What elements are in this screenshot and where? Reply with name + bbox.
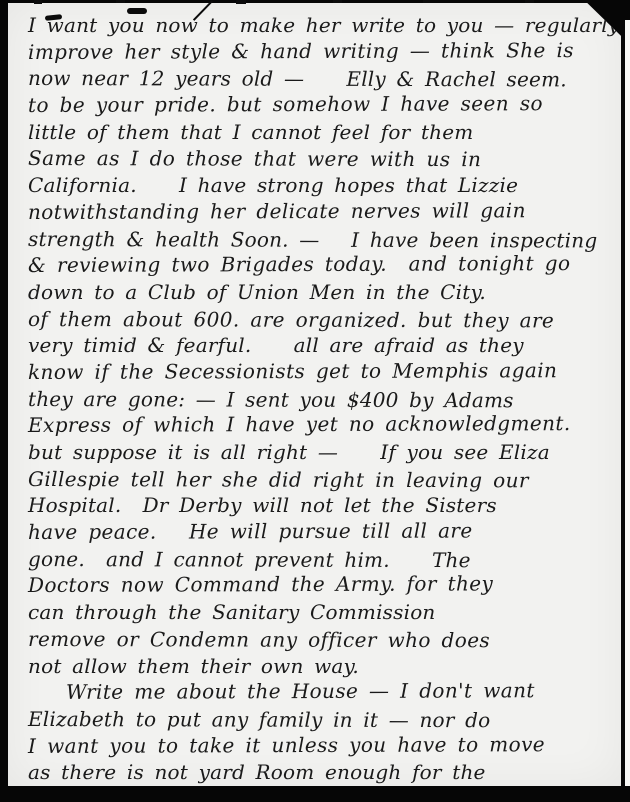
handwritten-line: can through the Sanitary Commission bbox=[28, 599, 617, 626]
handwritten-line: little of them that I cannot feel for th… bbox=[28, 119, 617, 146]
handwritten-line: I want you to take it unless you have to… bbox=[28, 731, 617, 760]
handwritten-line: to be your pride. but somehow I have see… bbox=[28, 90, 617, 119]
handwritten-line: remove or Condemn any officer who does bbox=[28, 626, 617, 654]
handwritten-line: very timid & fearful. all are afraid as … bbox=[28, 332, 617, 359]
ink-mark bbox=[525, 0, 534, 3]
handwritten-line: Write me about the House — I don't want bbox=[28, 677, 617, 706]
handwritten-line: Doctors now Command the Army. for they bbox=[28, 570, 617, 599]
ink-mark bbox=[333, 0, 342, 3]
letter-body: I want you now to make her write to you … bbox=[28, 12, 617, 786]
handwritten-line: not allow them their own way. bbox=[28, 653, 617, 680]
handwritten-line: but suppose it is all right — If you see… bbox=[28, 439, 617, 466]
handwritten-line: Express of which I have yet no acknowled… bbox=[28, 410, 617, 439]
handwritten-line: down to a Club of Union Men in the City. bbox=[28, 279, 617, 306]
ink-mark bbox=[236, 0, 246, 4]
ink-mark bbox=[127, 8, 147, 14]
scan-edge-sliver bbox=[625, 20, 630, 786]
handwritten-line: Elizabeth to put any family in it — nor … bbox=[28, 706, 617, 734]
handwritten-line: of them about 600. are organized. but th… bbox=[28, 306, 617, 334]
letter-paper: I want you now to make her write to you … bbox=[8, 3, 621, 786]
handwritten-line: Gillespie tell her she did right in leav… bbox=[28, 466, 617, 494]
handwritten-line: know if the Secessionists get to Memphis… bbox=[28, 357, 617, 386]
handwritten-line: & reviewing two Brigades today. and toni… bbox=[28, 250, 617, 279]
handwritten-line: Hospital. Dr Derby will not let the Sist… bbox=[28, 492, 617, 519]
ink-mark bbox=[423, 0, 430, 3]
handwritten-line: I want you now to make her write to you … bbox=[28, 12, 617, 39]
handwritten-line: improve her style & hand writing — think… bbox=[28, 37, 617, 66]
scanned-letter-page: I want you now to make her write to you … bbox=[0, 0, 630, 802]
handwritten-line: California. I have strong hopes that Liz… bbox=[28, 172, 617, 199]
handwritten-line: as there is not yard Room enough for the bbox=[28, 759, 617, 786]
handwritten-line: notwithstanding her delicate nerves will… bbox=[28, 197, 617, 226]
handwritten-line: Same as I do those that were with us in bbox=[28, 145, 617, 173]
ink-mark bbox=[34, 0, 42, 4]
handwritten-line: have peace. He will pursue till all are bbox=[28, 517, 617, 546]
ink-mark bbox=[116, 0, 125, 3]
